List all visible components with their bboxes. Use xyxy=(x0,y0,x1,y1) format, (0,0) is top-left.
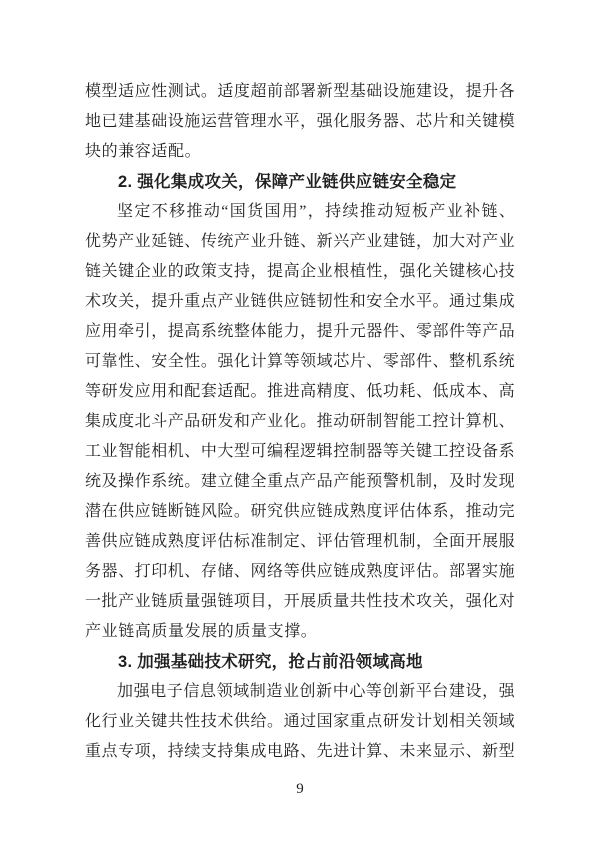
text-line: 术攻关，提升重点产业链供应链韧性和安全水平。通过集成 xyxy=(85,287,515,317)
document-page: 模型适应性测试。适度超前部署新型基础设施建设，提升各地已建基础设施运营管理水平，… xyxy=(0,0,600,849)
text-line: 加强电子信息领域制造业创新中心等创新平台建设，强 xyxy=(85,677,515,707)
text-line: 产业链高质量发展的质量支撑。 xyxy=(85,617,515,647)
section-heading: 2. 强化集成攻关，保障产业链供应链安全稳定 xyxy=(85,167,515,197)
text-line: 化行业关键共性技术供给。通过国家重点研发计划相关领域 xyxy=(85,707,515,737)
text-line: 一批产业链质量强链项目，开展质量共性技术攻关，强化对 xyxy=(85,587,515,617)
text-line: 等研发应用和配套适配。推进高精度、低功耗、低成本、高 xyxy=(85,377,515,407)
text-line: 坚定不移推动“国货国用”，持续推动短板产业补链、 xyxy=(85,197,515,227)
text-line: 务器、打印机、存储、网络等供应链成熟度评估。部署实施 xyxy=(85,557,515,587)
text-line: 统及操作系统。建立健全重点产品产能预警机制，及时发现 xyxy=(85,467,515,497)
text-line: 工业智能相机、中大型可编程逻辑控制器等关键工控设备系 xyxy=(85,437,515,467)
text-line: 潜在供应链断链风险。研究供应链成熟度评估体系，推动完 xyxy=(85,497,515,527)
text-line: 善供应链成熟度评估标准制定、评估管理机制，全面开展服 xyxy=(85,527,515,557)
section-heading: 3. 加强基础技术研究，抢占前沿领域高地 xyxy=(85,647,515,677)
text-line: 模型适应性测试。适度超前部署新型基础设施建设，提升各 xyxy=(85,77,515,107)
text-line: 应用牵引，提高系统整体能力，提升元器件、零部件等产品 xyxy=(85,317,515,347)
document-body: 模型适应性测试。适度超前部署新型基础设施建设，提升各地已建基础设施运营管理水平，… xyxy=(85,77,515,767)
text-line: 优势产业延链、传统产业升链、新兴产业建链，加大对产业 xyxy=(85,227,515,257)
text-line: 链关键企业的政策支持，提高企业根植性，强化关键核心技 xyxy=(85,257,515,287)
text-line: 集成度北斗产品研发和产业化。推动研制智能工控计算机、 xyxy=(85,407,515,437)
text-line: 可靠性、安全性。强化计算等领域芯片、零部件、整机系统 xyxy=(85,347,515,377)
text-line: 重点专项，持续支持集成电路、先进计算、未来显示、新型 xyxy=(85,737,515,767)
text-line: 地已建基础设施运营管理水平，强化服务器、芯片和关键模 xyxy=(85,107,515,137)
text-line: 块的兼容适配。 xyxy=(85,137,515,167)
page-number: 9 xyxy=(0,779,600,799)
